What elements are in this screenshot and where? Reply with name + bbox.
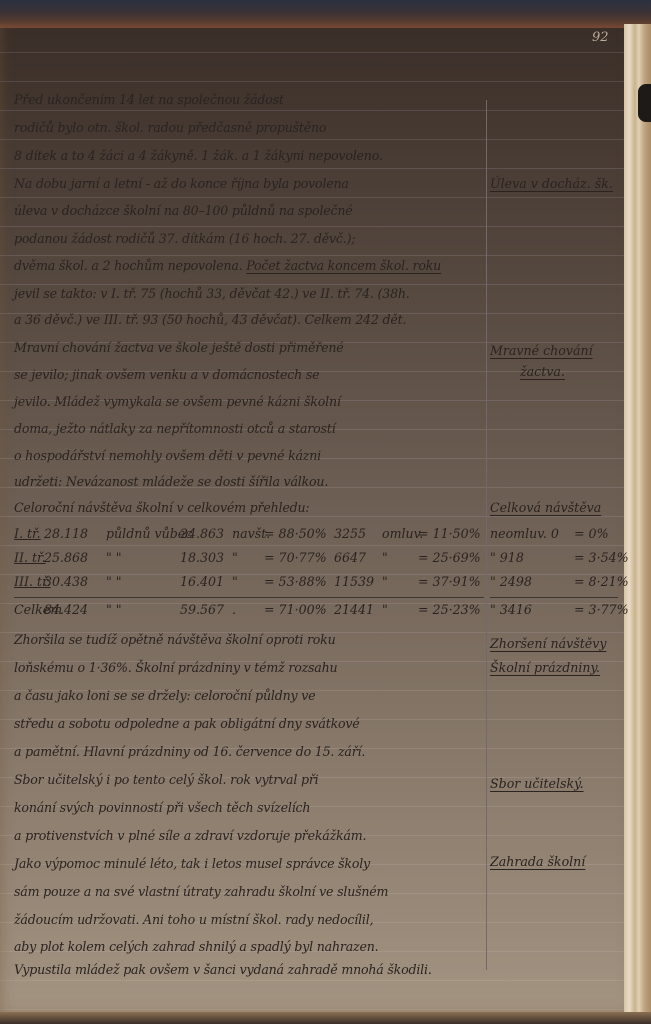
table-rule bbox=[490, 597, 618, 598]
cell-half-days: 28.118 bbox=[44, 526, 88, 541]
cell-label-a: " " bbox=[106, 574, 122, 589]
text-line: udržeti: Nevázanost mládeže se dosti šíř… bbox=[14, 474, 328, 489]
cell-label-b: " bbox=[232, 574, 238, 589]
margin-note: Celková návštěva bbox=[490, 500, 601, 515]
cell-label-c: " bbox=[382, 550, 388, 565]
cell-pct-attended: = 88·50% bbox=[264, 526, 327, 541]
margin-note: Sbor učitelský. bbox=[490, 776, 584, 791]
inline-heading: Počet žactva koncem škol. roku bbox=[246, 258, 441, 273]
cell-class: I. tř. bbox=[14, 526, 41, 541]
text-segment: dvěma škol. a 2 hochům nepovolena. bbox=[14, 258, 242, 273]
margin-note: žactva. bbox=[520, 364, 565, 379]
cell-pct-missed: = 11·50% bbox=[418, 526, 481, 541]
text-line: Celoroční návštěva školní v celkovém pře… bbox=[14, 500, 309, 515]
cell-attended: 24.863 bbox=[180, 526, 224, 541]
margin-note: Zahrada školní bbox=[490, 854, 585, 869]
cell-class: II. tř. bbox=[14, 550, 46, 565]
cell-label-b: " bbox=[232, 550, 238, 565]
cell-unexcused: " 3416 bbox=[490, 602, 532, 617]
scanner-bottom-edge bbox=[0, 1012, 651, 1024]
text-line: podanou žádost rodičů 37. dítkám (16 hoc… bbox=[14, 231, 355, 246]
text-line: úleva v docházce školní na 80–100 půldnů… bbox=[14, 203, 353, 218]
text-line: a času jako loni se se držely: celoroční… bbox=[14, 688, 315, 703]
cell-half-days: 30.438 bbox=[44, 574, 88, 589]
text-line: sám pouze a na své vlastní útraty zahrad… bbox=[14, 884, 388, 899]
margin-note: Úleva v docház. šk. bbox=[490, 176, 613, 191]
text-line: Vypustila mládež pak ovšem v šanci vydan… bbox=[14, 962, 432, 977]
cell-label-a: " " bbox=[106, 550, 122, 565]
text-line: dvěma škol. a 2 hochům nepovolena. Počet… bbox=[14, 258, 441, 273]
cell-label-b: . bbox=[232, 602, 236, 617]
cell-pct-missed: = 37·91% bbox=[418, 574, 481, 589]
text-line: Na dobu jarní a letní - až do konce říjn… bbox=[14, 176, 349, 191]
cell-pct-unexcused: = 8·21% bbox=[574, 574, 629, 589]
cell-pct-attended: = 53·88% bbox=[264, 574, 327, 589]
cell-pct-missed: = 25·69% bbox=[418, 550, 481, 565]
text-line: o hospodářství nemohly ovšem děti v pevn… bbox=[14, 448, 321, 463]
cell-attended: 18.303 bbox=[180, 550, 224, 565]
cell-label-a: " " bbox=[106, 602, 122, 617]
text-line: Sbor učitelský i po tento celý škol. rok… bbox=[14, 772, 318, 787]
text-line: rodičů bylo otn. škol. radou předčasně p… bbox=[14, 120, 326, 135]
text-line: Mravní chování žactva ve škole ještě dos… bbox=[14, 340, 343, 355]
text-line: Před ukončením 14 let na společnou žádos… bbox=[14, 92, 284, 107]
attendance-row: III. tř.30.438" "16.401"= 53·88%11539"= … bbox=[14, 574, 624, 596]
text-line: aby plot kolem celých zahrad shnilý a sp… bbox=[14, 939, 378, 954]
text-line: doma, ježto nátlaky za nepřítomnosti otc… bbox=[14, 421, 335, 436]
cell-pct-unexcused: = 0% bbox=[574, 526, 609, 541]
text-line: se jevilo; jinak ovšem venku a v domácno… bbox=[14, 367, 319, 382]
text-line: jevil se takto: v I. tř. 75 (hochů 33, d… bbox=[14, 286, 410, 301]
table-rule bbox=[14, 597, 484, 598]
cell-half-days: 84.424 bbox=[44, 602, 88, 617]
cell-pct-missed: = 25·23% bbox=[418, 602, 481, 617]
cell-pct-attended: = 70·77% bbox=[264, 550, 327, 565]
cell-missed: 6647 bbox=[334, 550, 366, 565]
cell-label-c: " bbox=[382, 602, 388, 617]
cell-half-days: 25.868 bbox=[44, 550, 88, 565]
cell-attended: 16.401 bbox=[180, 574, 224, 589]
text-line: Zhoršila se tudíž opětně návštěva školní… bbox=[14, 632, 336, 647]
text-line: a pamětní. Hlavní prázdniny od 16. červe… bbox=[14, 744, 365, 759]
cell-missed: 21441 bbox=[334, 602, 374, 617]
text-line: a protivenstvích v plné síle a zdraví vz… bbox=[14, 828, 366, 843]
margin-note: Zhoršení návštěvy bbox=[490, 636, 606, 651]
cell-missed: 11539 bbox=[334, 574, 374, 589]
page-number: 92 bbox=[592, 30, 609, 45]
book-page-edge bbox=[624, 24, 651, 1024]
cell-label-c: " bbox=[382, 574, 388, 589]
attendance-total-row: Celkem84.424" "59.567.= 71·00%21441"= 25… bbox=[14, 602, 624, 624]
text-line: Jako výpomoc minulé léto, tak i letos mu… bbox=[14, 856, 370, 871]
text-line: žádoucím udržovati. Ani toho u místní šk… bbox=[14, 912, 373, 927]
attendance-row: II. tř.25.868" "18.303"= 70·77%6647"= 25… bbox=[14, 550, 624, 572]
cell-pct-unexcused: = 3·54% bbox=[574, 550, 629, 565]
cell-missed: 3255 bbox=[334, 526, 366, 541]
margin-note: Mravné chování bbox=[490, 343, 593, 358]
cell-attended: 59.567 bbox=[180, 602, 224, 617]
text-line: konání svých povinností při všech těch s… bbox=[14, 800, 310, 815]
text-line: 8 dítek a to 4 žáci a 4 žákyně. 1 žák. a… bbox=[14, 148, 383, 163]
cell-pct-unexcused: = 3·77% bbox=[574, 602, 629, 617]
attendance-row: I. tř.28.118půldnů vůbec24.863navšt.= 88… bbox=[14, 526, 624, 548]
text-line: jevilo. Mládež vymykala se ovšem pevné k… bbox=[14, 394, 341, 409]
margin-note: Školní prázdniny. bbox=[490, 660, 600, 675]
cell-unexcused: " 918 bbox=[490, 550, 524, 565]
text-line: loňskému o 1·36%. Školní prázdniny v tém… bbox=[14, 660, 337, 675]
cell-pct-attended: = 71·00% bbox=[264, 602, 327, 617]
text-line: středu a sobotu odpoledne a pak obligátn… bbox=[14, 716, 360, 731]
text-line: a 36 děvč.) ve III. tř. 93 (50 hochů, 43… bbox=[14, 312, 406, 327]
cell-unexcused: neomluv. 0 bbox=[490, 526, 559, 541]
binding-clip bbox=[638, 84, 651, 122]
cell-unexcused: " 2498 bbox=[490, 574, 532, 589]
